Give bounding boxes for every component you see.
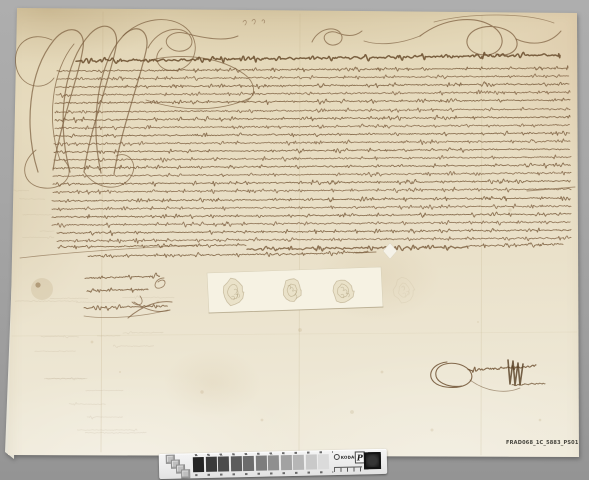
script-line [247, 245, 468, 251]
show-through-stroke [85, 432, 146, 433]
gray-patch [255, 456, 266, 471]
gray-patch [230, 456, 241, 471]
grayscale-patches [193, 454, 329, 472]
initial-monogram-flourish [15, 20, 253, 189]
gray-patch [193, 457, 204, 472]
flourish-stroke [420, 20, 517, 55]
script-line [54, 148, 569, 154]
show-through-stroke [123, 332, 163, 334]
foxing-speck [119, 371, 121, 373]
foxing-speck [539, 419, 542, 422]
script-line [56, 82, 569, 89]
show-through-stroke [41, 336, 79, 338]
signature-underflourish [470, 380, 520, 391]
show-through-stroke [20, 199, 45, 200]
signature-paraph [155, 278, 165, 288]
gray-patch [318, 454, 329, 469]
signature-script [468, 365, 536, 372]
gray-patch [218, 456, 229, 471]
flourish-stroke [434, 15, 554, 23]
script-line [52, 196, 570, 202]
script-line [53, 163, 570, 170]
script-line [57, 228, 571, 236]
show-through-stroke [50, 298, 88, 299]
archive-reference-code: FRAD068_1C_5883_PS01 [506, 440, 578, 446]
signature-line [84, 305, 167, 311]
script-line [57, 74, 569, 80]
calibration-bar: KODAK P [159, 449, 388, 479]
stain-core [35, 282, 40, 287]
handwriting-ink-layer [0, 0, 589, 480]
left-signatures [84, 273, 172, 318]
foxing-speck [200, 390, 203, 393]
script-line [88, 252, 298, 258]
gray-patch [243, 456, 254, 471]
script-line [53, 187, 571, 194]
scan-stage: FRAD068_1C_5883_PS01 KODAK P [0, 0, 589, 480]
calibration-ruler [334, 466, 362, 472]
show-through-stroke [35, 351, 76, 352]
gray-patch [268, 455, 279, 470]
foxing-specks [91, 208, 542, 431]
foxing-speck [381, 371, 384, 374]
show-through-stroke [76, 302, 116, 303]
step-tablet [181, 469, 190, 478]
foxing-speck [508, 208, 511, 211]
show-through-stroke [123, 296, 174, 299]
gray-patch [205, 457, 216, 472]
margin-mark [243, 19, 265, 25]
script-line [52, 204, 571, 211]
show-through-stroke [77, 429, 137, 431]
script-line [58, 244, 246, 249]
foxing-speck [477, 321, 479, 323]
signature-loop [431, 362, 472, 387]
show-through-stroke [86, 390, 123, 391]
heading-script-line [76, 52, 560, 63]
flourish-stroke [364, 36, 420, 44]
foxing-speck [261, 419, 264, 422]
script-line [52, 220, 570, 227]
signature-ink-blotch [508, 360, 523, 385]
horizontal-crease [12, 332, 577, 336]
flourish-stroke [516, 31, 561, 43]
foxing-speck [431, 429, 434, 432]
script-line [54, 131, 570, 137]
body-text-lines [52, 66, 575, 244]
signature-line [87, 288, 148, 292]
script-line [57, 66, 568, 73]
flourish-stroke [312, 29, 362, 45]
show-through-stroke [23, 214, 51, 215]
show-through-stroke [40, 231, 54, 232]
script-line [54, 155, 571, 162]
show-through-stroke [15, 301, 77, 302]
show-through-stroke [87, 416, 122, 419]
show-through-marks [14, 190, 174, 433]
show-through-stroke [69, 403, 105, 406]
script-line [55, 124, 569, 130]
foxing-speck [350, 410, 354, 414]
wax-seal [393, 277, 415, 303]
gray-patch [293, 455, 304, 470]
signature-line [85, 273, 160, 279]
ink-blot-stain [31, 278, 53, 300]
script-line [55, 107, 570, 113]
foxing-speck [298, 328, 302, 332]
heading-stroke [76, 52, 560, 63]
show-through-stroke [22, 236, 54, 238]
show-through-stroke [113, 345, 153, 348]
signature-tail [512, 383, 545, 385]
flourish-stroke [25, 150, 69, 188]
calibration-black-patch [364, 452, 381, 469]
vertical-crease [299, 14, 300, 453]
gray-patch [305, 454, 316, 469]
script-line [54, 139, 570, 146]
registered-mark-icon [334, 454, 340, 460]
stain-blot [31, 278, 53, 300]
script-line [52, 212, 571, 218]
script-line [57, 236, 571, 243]
foxing-speck [91, 341, 94, 344]
script-line [468, 243, 563, 248]
flourish-stroke [52, 44, 74, 160]
gray-patch [280, 455, 291, 470]
flourish-stroke [146, 98, 250, 109]
script-line [55, 115, 570, 122]
show-through-stroke [14, 190, 29, 191]
flourish-stroke [123, 20, 195, 71]
right-signature [431, 360, 545, 391]
script-line [53, 179, 570, 186]
top-flourishes [148, 15, 561, 55]
vertical-crease [481, 15, 482, 455]
paper-repair-diamond [383, 243, 397, 259]
